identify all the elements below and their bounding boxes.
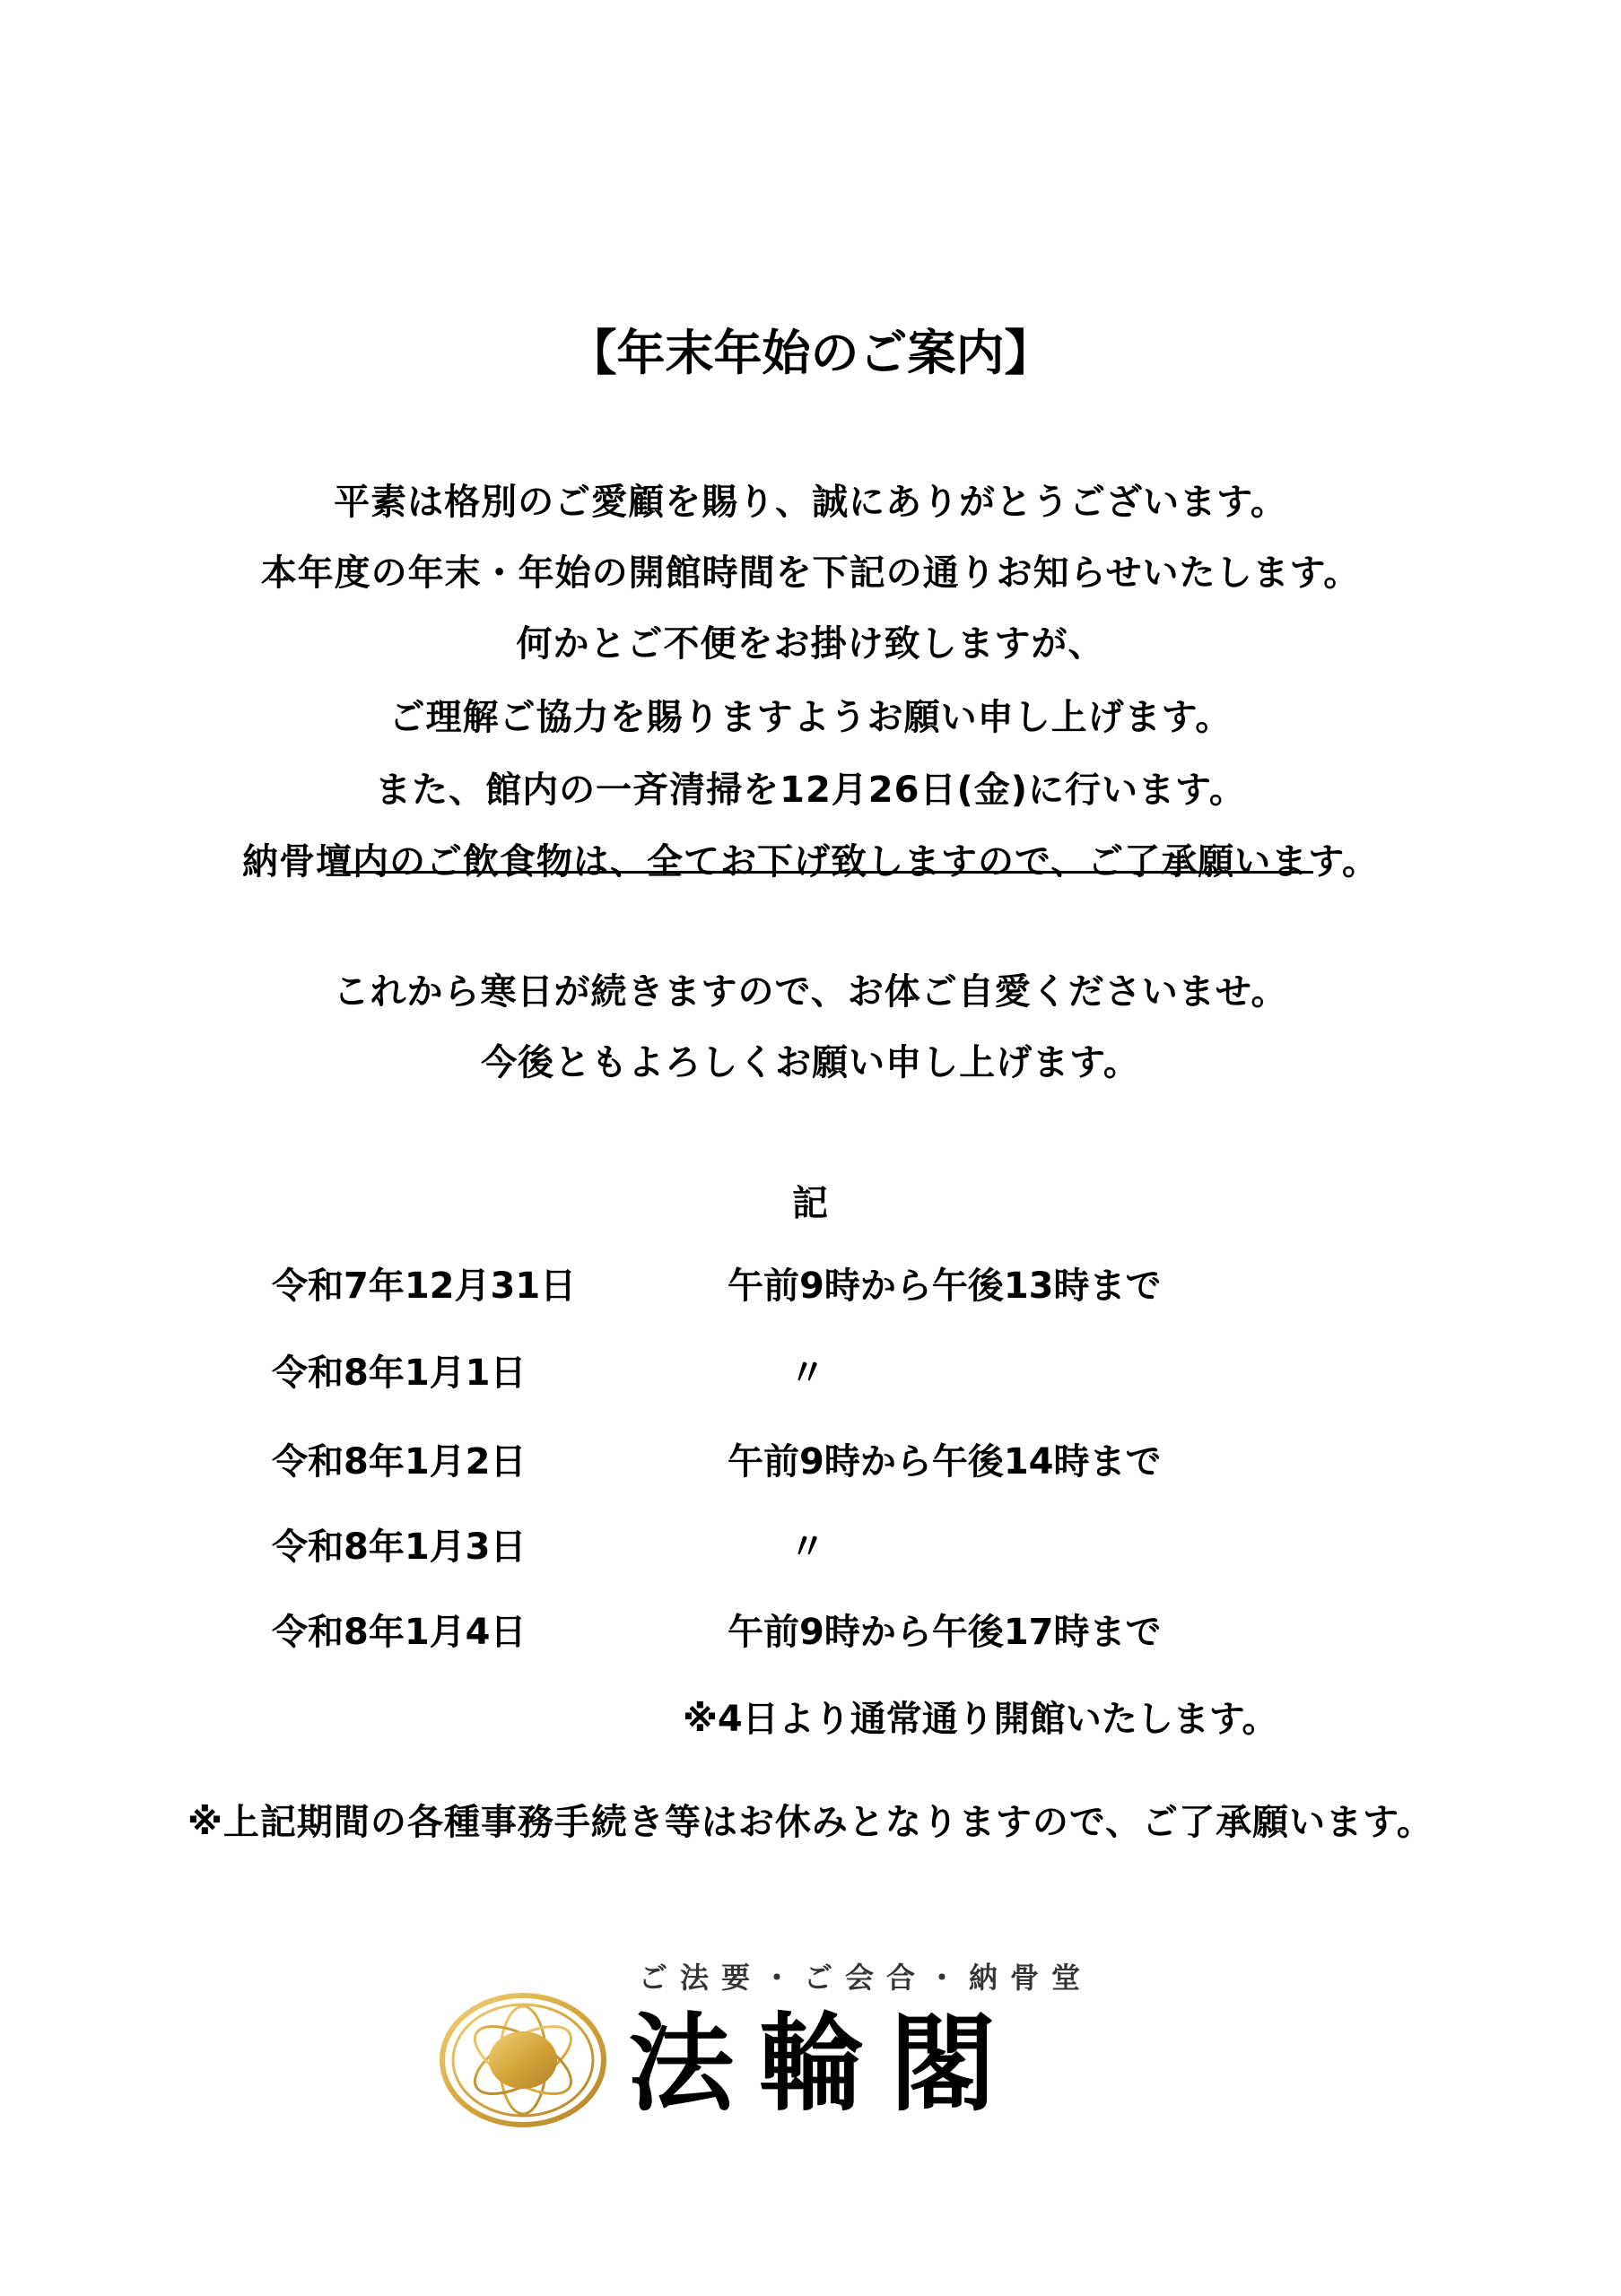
- request-line: ご理解ご協力を賜りますようお願い申し上げます。: [0, 696, 1621, 739]
- schedule-hours-ditto: 〃: [789, 1352, 825, 1395]
- brand-name: 法輪閣: [628, 2005, 1021, 2122]
- schedule-date: 令和8年1月3日: [272, 1526, 527, 1569]
- greeting-line: 平素は格別のご愛顧を賜り、誠にありがとうございます。: [0, 481, 1621, 524]
- ki-heading: 記: [0, 1182, 1621, 1225]
- brand-tagline: ご法要・ご会合・納骨堂: [639, 1955, 1093, 1996]
- notice-title: 【年末年始のご案内】: [0, 325, 1621, 382]
- schedule-date: 令和8年1月1日: [272, 1352, 527, 1395]
- lotus-emblem-icon: [438, 1992, 608, 2128]
- apology-line: 何かとご不便をお掛け致しますが、: [0, 622, 1621, 665]
- schedule-hours: 午前9時から午後14時まで: [728, 1440, 1162, 1483]
- announcement-line: 本年度の年末・年始の開館時間を下記の通りお知らせいたします。: [0, 552, 1621, 595]
- schedule-date: 令和7年12月31日: [272, 1265, 576, 1308]
- schedule-note: ※4日より通常通り開館いたします。: [683, 1698, 1278, 1741]
- cleaning-notice-line: また、館内の一斉清掃を12月26日(金)に行います。: [0, 769, 1621, 812]
- food-removal-line: 納骨壇内のご飲食物は、全てお下げ致しますので、ご了承願います。: [0, 840, 1621, 883]
- seasonal-greeting-line: これから寒日が続きますので、お体ご自愛くださいませ。: [0, 970, 1621, 1013]
- schedule-hours: 午前9時から午後17時まで: [728, 1611, 1162, 1654]
- schedule-hours: 午前9時から午後13時まで: [728, 1265, 1162, 1308]
- footer-note: ※上記期間の各種事務手続き等はお休みとなりますので、ご了承願います。: [0, 1801, 1621, 1844]
- schedule-date: 令和8年1月4日: [272, 1611, 527, 1654]
- schedule-hours-ditto: 〃: [789, 1526, 825, 1569]
- regards-line: 今後ともよろしくお願い申し上げます。: [0, 1041, 1621, 1084]
- schedule-date: 令和8年1月2日: [272, 1440, 527, 1483]
